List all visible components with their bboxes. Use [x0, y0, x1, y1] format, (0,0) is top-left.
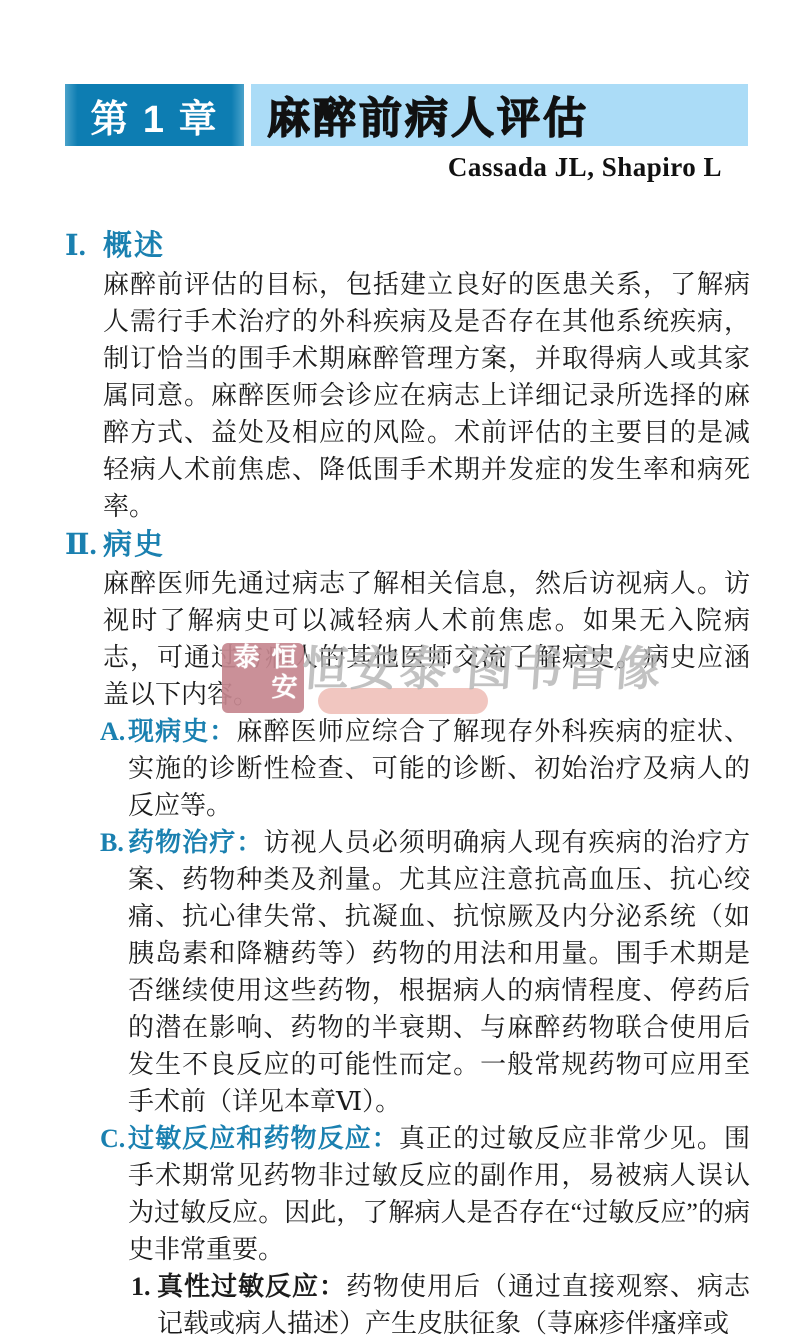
item-body: 过敏反应和药物反应：真正的过敏反应非常少见。围手术期常见药物非过敏反应的副作用，…: [128, 1120, 750, 1342]
paragraph-overview: 麻醉前评估的目标，包括建立良好的医患关系，了解病人需行手术治疗的外科疾病及是否存…: [103, 266, 750, 525]
chapter-title: 麻醉前病人评估: [267, 85, 589, 146]
section-title: 概述: [103, 226, 165, 266]
section-numeral: Ⅱ.: [65, 525, 103, 565]
section-title: 病史: [103, 525, 165, 565]
item-letter: A.: [100, 713, 128, 824]
book-page: 第 1 章 麻醉前病人评估 Cassada JL, Shapiro L Ⅰ. 概…: [0, 0, 790, 1342]
item-label: 药物治疗：: [128, 827, 263, 857]
item-letter: C.: [100, 1120, 128, 1342]
seal-text: 恒安泰: [225, 643, 301, 713]
list-item-medication: B. 药物治疗：访视人员必须明确病人现有疾病的治疗方案、药物种类及剂量。尤其应注…: [100, 824, 750, 1120]
item-body: 现病史：麻醉医师应综合了解现存外科疾病的症状、实施的诊断性检查、可能的诊断、初始…: [128, 713, 750, 824]
page-content: Ⅰ. 概述 麻醉前评估的目标，包括建立良好的医患关系，了解病人需行手术治疗的外科…: [65, 226, 750, 1342]
list-item-allergy: C. 过敏反应和药物反应：真正的过敏反应非常少见。围手术期常见药物非过敏反应的副…: [100, 1120, 750, 1342]
authors-line: Cassada JL, Shapiro L: [0, 152, 722, 183]
watermark-text: 恒安泰·图书音像: [300, 632, 665, 699]
chapter-title-banner: 麻醉前病人评估: [251, 84, 748, 146]
publisher-seal-stamp: 恒安泰: [222, 643, 304, 713]
chapter-number-box: 第 1 章: [65, 84, 244, 146]
section-numeral: Ⅰ.: [65, 226, 103, 266]
section-heading-overview: Ⅰ. 概述: [65, 226, 750, 266]
sub-item-body: 真性过敏反应：药物使用后（通过直接观察、病志记载或病人描述）产生皮肤征象（荨麻疹…: [157, 1268, 750, 1342]
chapter-number-label: 第 1 章: [90, 88, 218, 143]
section-heading-history: Ⅱ. 病史: [65, 525, 750, 565]
item-text: 访视人员必须明确病人现有疾病的治疗方案、药物种类及剂量。尤其应注意抗高血压、抗心…: [128, 828, 750, 1116]
sub-item-true-allergy: 1. 真性过敏反应：药物使用后（通过直接观察、病志记载或病人描述）产生皮肤征象（…: [131, 1268, 750, 1342]
item-letter: B.: [100, 824, 128, 1120]
history-item-list: A. 现病史：麻醉医师应综合了解现存外科疾病的症状、实施的诊断性检查、可能的诊断…: [100, 713, 750, 1342]
list-item-present-illness: A. 现病史：麻醉医师应综合了解现存外科疾病的症状、实施的诊断性检查、可能的诊断…: [100, 713, 750, 824]
section-overview: Ⅰ. 概述 麻醉前评估的目标，包括建立良好的医患关系，了解病人需行手术治疗的外科…: [65, 226, 750, 525]
sub-item-label: 真性过敏反应：: [157, 1271, 346, 1301]
chapter-header: 第 1 章 麻醉前病人评估: [65, 84, 748, 146]
sub-item-number: 1.: [131, 1268, 157, 1342]
item-label: 现病史：: [128, 716, 236, 746]
item-paragraph: 过敏反应和药物反应：真正的过敏反应非常少见。围手术期常见药物非过敏反应的副作用，…: [128, 1120, 750, 1268]
item-label: 过敏反应和药物反应：: [128, 1123, 399, 1153]
item-body: 药物治疗：访视人员必须明确病人现有疾病的治疗方案、药物种类及剂量。尤其应注意抗高…: [128, 824, 750, 1120]
